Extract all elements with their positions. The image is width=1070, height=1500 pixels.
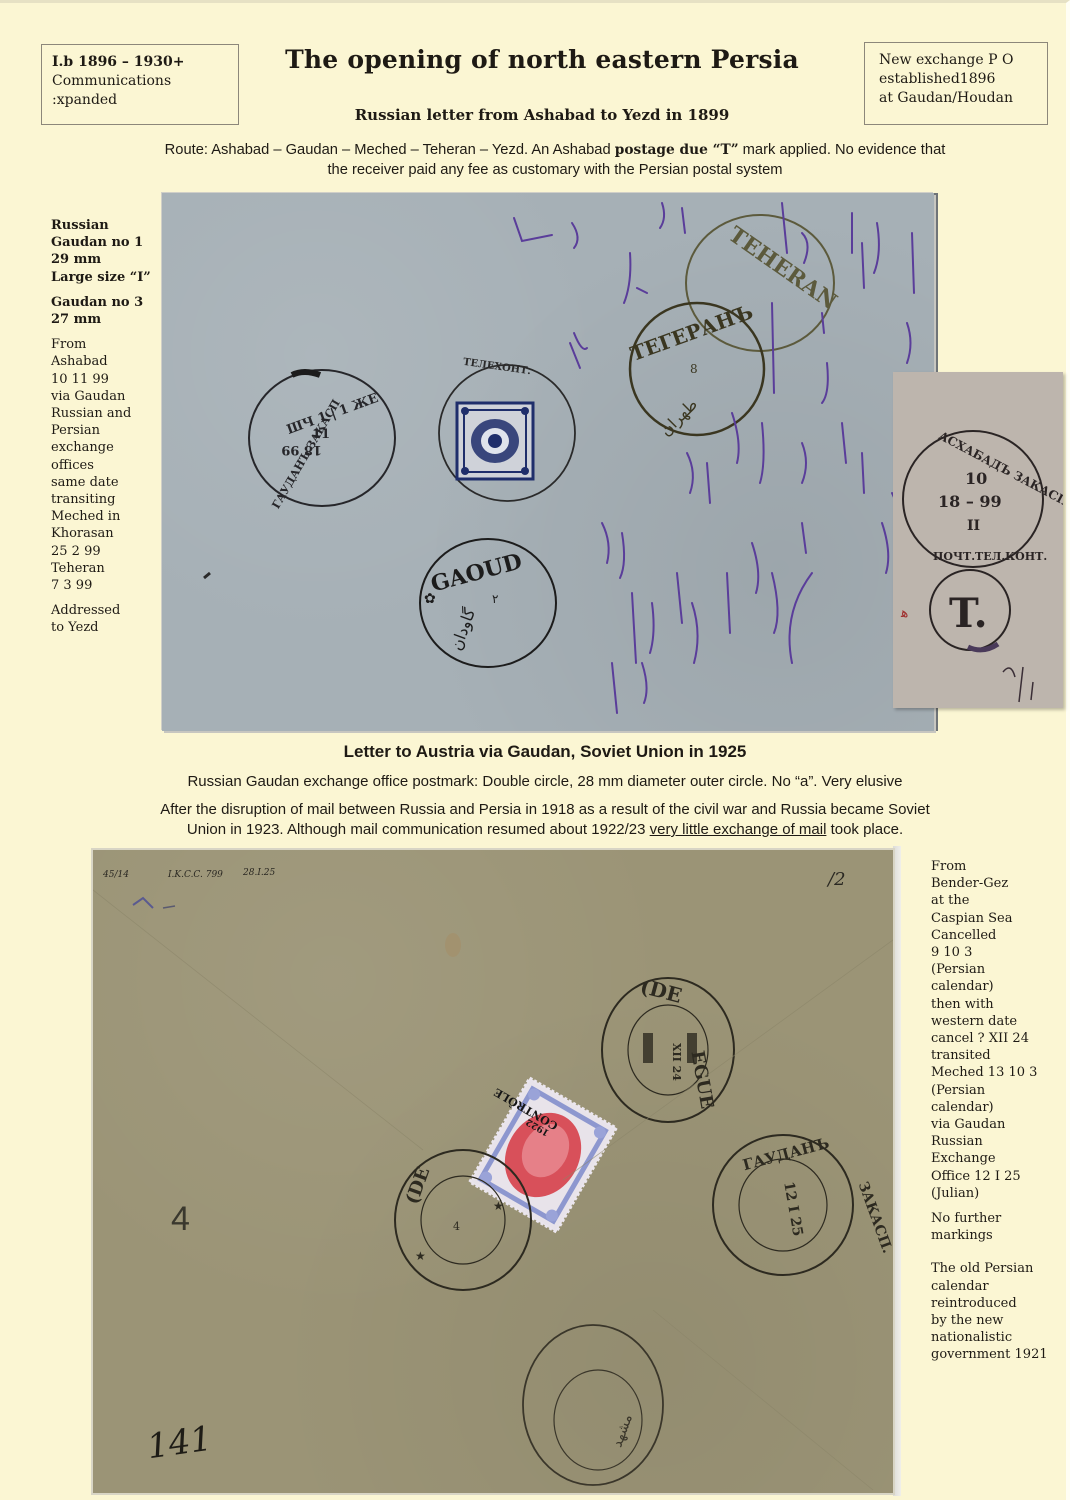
note-line: Ashabad — [51, 354, 108, 369]
note-line: Office 12 I 25 — [931, 1169, 1021, 1184]
note-line: From — [931, 859, 966, 874]
note-line: same date — [51, 475, 119, 490]
svg-text:گاودان: گاودان — [446, 605, 479, 653]
svg-text:۲: ۲ — [492, 592, 498, 606]
note-line: Russian — [931, 1134, 983, 1149]
notes-route-details: FromAshabad10 11 99via GaudanRussian and… — [51, 336, 166, 594]
route-text-pre: Route: Ashabad – Gaudan – Meched – Teher… — [165, 141, 615, 158]
info-line1: New exchange P O — [879, 51, 1033, 70]
route-text-line2: the receiver paid any fee as customary w… — [70, 160, 1040, 179]
notes-calendar: The old Persiancalendarreintroducedby th… — [931, 1260, 1061, 1363]
info-line2: established1896 — [879, 70, 1033, 89]
notes-route-details: FromBender-Gezat theCaspian SeaCancelled… — [931, 858, 1061, 1202]
note-line: calendar) — [931, 979, 994, 994]
notes-postmark-type-1: Russian Gaudan no 1 29 mm Large size “I” — [51, 217, 166, 286]
note-line: Caspian Sea — [931, 911, 1012, 926]
ashabad-postage-due-markings: АСХАБАДЪ ЗАКАСП. 10 18 – 99 II ПОЧТ.ТЕЛ.… — [893, 372, 1063, 708]
section-number: I.b 1896 – 1930+ — [52, 53, 228, 72]
gaudan-russian-postmark: ШЧ 1 | 1 ЖЕ 11 18 99 ГАУДАНЪ ЗАКАСП — [249, 370, 395, 511]
svg-text:ЗАКАСП.: ЗАКАСП. — [855, 1180, 893, 1256]
note-line: government 1921 — [931, 1347, 1048, 1362]
note-line: 29 mm — [51, 252, 101, 267]
note-line: markings — [931, 1228, 993, 1243]
history-line1: After the disruption of mail between Rus… — [50, 800, 1040, 820]
note-line: transited — [931, 1048, 991, 1063]
note-line: (Persian — [931, 1083, 985, 1098]
exhibit1-heading: Russian letter from Ashabad to Yezd in 1… — [250, 106, 834, 124]
note-line: Meched in — [51, 509, 120, 524]
note-line: Bender-Gez — [931, 876, 1008, 891]
note-line: From — [51, 337, 86, 352]
svg-text:ﻫ: ﻫ — [900, 605, 908, 621]
note-line: No further — [931, 1211, 1001, 1226]
note-line: Gaudan no 3 — [51, 295, 143, 310]
notes-postmark-type-3: Gaudan no 3 27 mm — [51, 294, 166, 328]
russian-stamp-area: ТЕЛЕХОНТ. — [439, 357, 575, 501]
cover2-markings: 45/14 I.K.C.C. 799 28.I.25 /2 4 141 (DE … — [93, 850, 893, 1493]
note-line: Gaudan no 1 — [51, 235, 143, 250]
note-line: 10 11 99 — [51, 372, 109, 387]
svg-text:10: 10 — [965, 469, 987, 488]
note-line: 9 10 3 — [931, 945, 972, 960]
note-line: to Yezd — [51, 620, 99, 635]
exhibit2-postmark-note: Russian Gaudan exchange office postmark:… — [50, 773, 1040, 790]
svg-text:12 I 25: 12 I 25 — [780, 1180, 805, 1237]
note-line: Large size “I” — [51, 270, 151, 285]
note-line: Russian and — [51, 406, 131, 421]
note-line: Cancelled — [931, 928, 996, 943]
note-line: at the — [931, 893, 969, 908]
svg-text:ГАУДАНЪ: ГАУДАНЪ — [741, 1134, 831, 1174]
route-text-post: mark applied. No evidence that — [739, 141, 946, 158]
page-title: The opening of north eastern Persia — [250, 45, 834, 74]
pencil-number-141: 141 — [145, 1419, 215, 1468]
note-line: calendar — [931, 1279, 989, 1294]
note-line: then with — [931, 997, 994, 1012]
note-line: calendar) — [931, 1100, 994, 1115]
note-line: Meched 13 10 3 — [931, 1065, 1037, 1080]
note-line: Exchange — [931, 1151, 996, 1166]
section-name-line1: Communications — [52, 72, 228, 91]
note-line: cancel ? XII 24 — [931, 1031, 1029, 1046]
history-line2-underlined: very little exchange of mail — [650, 821, 827, 838]
cover-1899-ashabad-yezd: ШЧ 1 | 1 ЖЕ 11 18 99 ГАУДАНЪ ЗАКАСП ТЕЛЕ… — [162, 193, 934, 731]
cover1-markings: ШЧ 1 | 1 ЖЕ 11 18 99 ГАУДАНЪ ЗАКАСП ТЕЛЕ… — [162, 193, 934, 731]
note-line: via Gaudan — [931, 1117, 1005, 1132]
svg-text:★: ★ — [493, 1199, 504, 1213]
note-line: nationalistic — [931, 1330, 1012, 1345]
svg-text:8: 8 — [690, 362, 698, 376]
note-line: The old Persian — [931, 1261, 1033, 1276]
exhibit1-notes: Russian Gaudan no 1 29 mm Large size “I”… — [51, 217, 166, 645]
svg-text:18 – 99: 18 – 99 — [938, 492, 1002, 511]
svg-text:(DE: (DE — [402, 1164, 435, 1207]
svg-text:XII 24: XII 24 — [670, 1043, 683, 1081]
svg-text:ГАУДАНЪ ЗАКАСП: ГАУДАНЪ ЗАКАСП — [270, 397, 343, 511]
violet-manuscript-markings — [514, 203, 914, 713]
history-line2-post: took place. — [826, 821, 903, 838]
note-line: Russian — [51, 218, 109, 233]
teheran-cyrillic-postmark: ТЕГЕРАНЪ 8 طهران — [627, 299, 764, 439]
persian-stamp: CONTRÔLE 1922 — [449, 1066, 616, 1232]
svg-text:ПОЧТ.ТЕЛ.КОНТ.: ПОЧТ.ТЕЛ.КОНТ. — [933, 550, 1047, 563]
note-line: 27 mm — [51, 312, 101, 327]
note-line: western date — [931, 1014, 1017, 1029]
cover-1925-bender-gez-austria: 45/14 I.K.C.C. 799 28.I.25 /2 4 141 (DE … — [93, 850, 893, 1493]
note-line: 25 2 99 — [51, 544, 101, 559]
svg-text:✿: ✿ — [424, 591, 436, 607]
svg-text:مشهد: مشهد — [609, 1412, 636, 1449]
bender-gez-postmark-1: (DE EGUE XII 24 — [602, 974, 734, 1122]
exhibit2-history-note: After the disruption of mail between Rus… — [50, 800, 1040, 840]
gaoudan-persian-postmark: GAOUD ✿ ۲ گاودان — [420, 539, 556, 667]
section-name-line2: :xpanded — [52, 91, 228, 110]
note-line: Persian — [51, 423, 100, 438]
info-box: New exchange P O established1896 at Gaud… — [864, 42, 1048, 125]
exhibit1-route-description: Route: Ashabad – Gaudan – Meched – Teher… — [70, 140, 1040, 179]
note-line: Teheran — [51, 561, 105, 576]
bender-gez-postmark-2: (DE 4 ★ ★ — [395, 1150, 531, 1290]
meched-postmark-faint: مشهد — [523, 1325, 663, 1485]
note-line: Addressed — [51, 603, 120, 618]
exhibit2-notes: FromBender-Gezat theCaspian SeaCancelled… — [931, 858, 1061, 1372]
pencil-number-4: 4 — [171, 1200, 190, 1238]
note-line: reintroduced — [931, 1296, 1017, 1311]
note-line: exchange — [51, 440, 114, 455]
note-line: offices — [51, 458, 94, 473]
history-line2-pre: Union in 1923. Although mail communicati… — [187, 821, 650, 838]
corner-note: /2 — [826, 869, 846, 890]
note-line: (Julian) — [931, 1186, 979, 1201]
svg-text:4: 4 — [453, 1220, 460, 1233]
route-text-bold: postage due “T” — [615, 142, 739, 158]
note-line: (Persian — [931, 962, 985, 977]
pencil-note: 45/14 — [102, 870, 129, 880]
exhibit2-heading: Letter to Austria via Gaudan, Soviet Uni… — [50, 742, 1040, 762]
note-line: 7 3 99 — [51, 578, 92, 593]
notes-no-further: No furthermarkings — [931, 1210, 1061, 1244]
section-label-box: I.b 1896 – 1930+ Communications :xpanded — [41, 44, 239, 125]
cover1-front-fragment: АСХАБАДЪ ЗАКАСП. 10 18 – 99 II ПОЧТ.ТЕЛ.… — [893, 372, 1063, 708]
postage-due-t-mark: T. — [930, 570, 1010, 650]
cover2-edge — [893, 846, 901, 1496]
gaudan-soviet-postmark: ГАУДАНЪ ЗАКАСП. 12 I 25 — [713, 1134, 893, 1275]
notes-address: Addressed to Yezd — [51, 602, 166, 636]
note-line: via Gaudan — [51, 389, 125, 404]
ashabad-postmark: АСХАБАДЪ ЗАКАСП. 10 18 – 99 II ПОЧТ.ТЕЛ.… — [903, 429, 1063, 567]
svg-text:★: ★ — [415, 1249, 426, 1263]
pencil-note: 28.I.25 — [242, 868, 275, 878]
svg-text:II: II — [967, 518, 980, 534]
note-line: Khorasan — [51, 526, 114, 541]
info-line3: at Gaudan/Houdan — [879, 89, 1033, 108]
note-line: by the new — [931, 1313, 1003, 1328]
svg-text:T.: T. — [949, 590, 988, 637]
pencil-note: I.K.C.C. 799 — [167, 870, 223, 880]
note-line: transiting — [51, 492, 115, 507]
